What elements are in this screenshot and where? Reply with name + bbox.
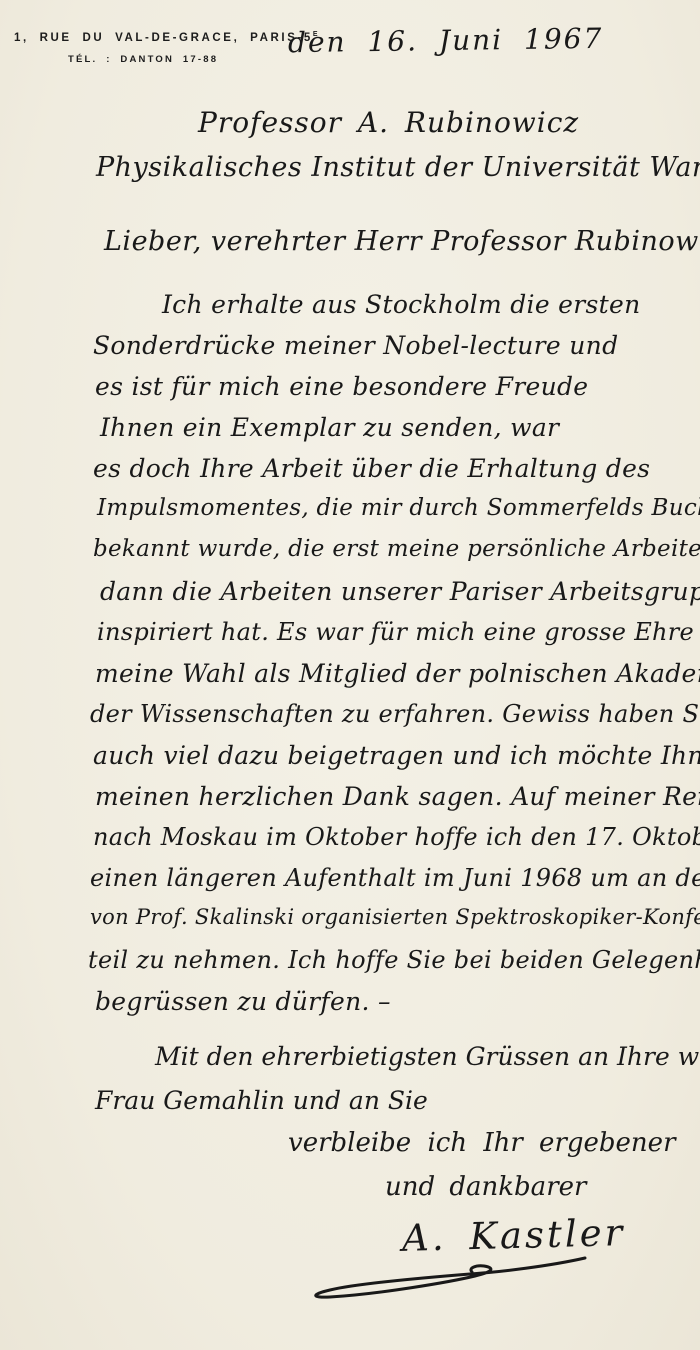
closing-line-4: und dankbarer [385, 1172, 586, 1202]
body-line-7: bekannt wurde, die erst meine persönlich… [93, 536, 700, 562]
letterhead-phone: TÉL. : DANTON 17-88 [68, 54, 218, 65]
signature-flourish-icon [300, 1252, 590, 1302]
body-line-2: Sonderdrücke meiner Nobel-lecture und [93, 331, 618, 360]
letter-page: 1, RUE DU VAL-DE-GRACE, PARIS-5E TÉL. : … [0, 0, 700, 1350]
body-line-15: einen längeren Aufenthalt im Juni 1968 u… [90, 864, 700, 892]
body-line-18: begrüssen zu dürfen. – [95, 987, 391, 1016]
closing-line-1: Mit den ehrerbietigsten Grüssen an Ihre … [155, 1042, 700, 1071]
body-line-14: nach Moskau im Oktober hoffe ich den 17.… [93, 823, 700, 851]
body-line-16: von Prof. Skalinski organisierten Spektr… [90, 905, 700, 929]
letterhead-address: 1, RUE DU VAL-DE-GRACE, PARIS-5E [14, 31, 318, 44]
closing-line-2: Frau Gemahlin und an Sie [95, 1086, 428, 1115]
closing-line-3: verbleibe ich Ihr ergebener [288, 1128, 676, 1158]
body-line-11: der Wissenschaften zu erfahren. Gewiss h… [90, 700, 700, 728]
body-line-1: Ich erhalte aus Stockholm die ersten [162, 290, 640, 319]
body-line-5: es doch Ihre Arbeit über die Erhaltung d… [93, 454, 650, 483]
body-line-3: es ist für mich eine besondere Freude [95, 372, 588, 401]
letter-date: den 16. Juni 1967 [288, 22, 604, 59]
recipient-institute: Physikalisches Institut der Universität … [96, 152, 700, 183]
body-line-4: Ihnen ein Exemplar zu senden, war [100, 413, 559, 442]
body-line-10: meine Wahl als Mitglied der polnischen A… [95, 659, 700, 688]
recipient-name: Professor A. Rubinowicz [198, 106, 579, 139]
body-line-13: meinen herzlichen Dank sagen. Auf meiner… [95, 782, 700, 811]
salutation: Lieber, verehrter Herr Professor Rubinow… [104, 226, 700, 257]
body-line-9: inspiriert hat. Es war für mich eine gro… [97, 618, 694, 646]
body-line-17: teil zu nehmen. Ich hoffe Sie bei beiden… [88, 946, 700, 974]
letterhead-address-text: 1, RUE DU VAL-DE-GRACE, PARIS-5 [14, 32, 313, 44]
body-line-12: auch viel dazu beigetragen und ich möcht… [93, 741, 700, 770]
body-line-6: Impulsmomentes, die mir durch Sommerfeld… [97, 495, 700, 521]
body-line-8: dann die Arbeiten unserer Pariser Arbeit… [100, 577, 700, 606]
